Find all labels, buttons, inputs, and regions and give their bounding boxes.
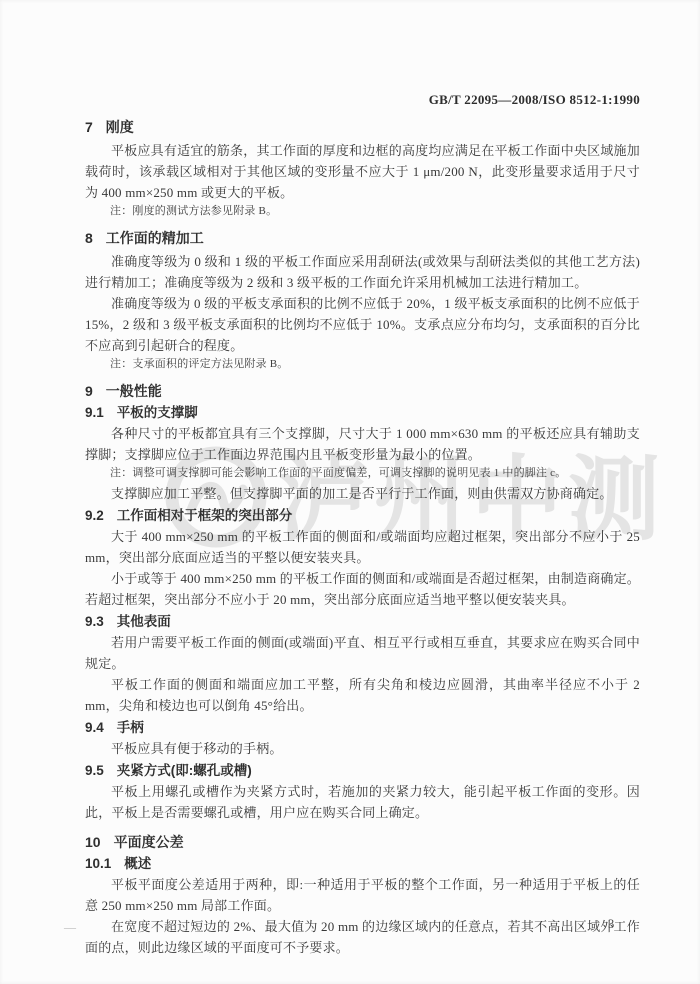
paragraph: 准确度等级为 0 级和 1 级的平板工作面应采用刮研法(或效果与刮研法类似的其他… (85, 251, 640, 293)
section-heading-7: 7刚度 (85, 118, 640, 136)
subsection-heading-9-4: 9.4手柄 (85, 719, 640, 737)
subsection-title: 概述 (124, 856, 151, 871)
standard-number: GB/T 22095—2008/ISO 8512-1:1990 (85, 92, 640, 108)
paragraph: 各种尺寸的平板都宜具有三个支撑脚，尺寸大于 1 000 mm×630 mm 的平… (85, 423, 640, 465)
subsection-heading-9-5: 9.5夹紧方式(即:螺孔或槽) (85, 762, 640, 780)
note: 注：刚度的测试方法参见附录 B。 (85, 204, 640, 219)
section-number: 7 (85, 119, 93, 135)
note: 注：调整可调支撑脚可能会影响工作面的平面度偏差，可调支撑脚的说明见表 1 中的脚… (85, 466, 640, 481)
subsection-title: 平板的支撑脚 (117, 405, 198, 420)
paragraph: 平板平面度公差适用于两种，即:一种适用于平板的整个工作面，另一种适用于平板上的任… (85, 874, 640, 916)
section-heading-10: 10平面度公差 (85, 833, 640, 851)
section-number: 10 (85, 834, 101, 850)
em-dash-marker: — (64, 917, 76, 938)
subsection-title: 夹紧方式(即:螺孔或槽) (117, 763, 252, 778)
subsection-number: 9.2 (85, 508, 104, 523)
scanned-standard-page: 泸州中测 GB/T 22095—2008/ISO 8512-1:1990 7刚度… (0, 0, 700, 984)
paragraph: 平板工作面的侧面和端面应加工平整，所有尖角和棱边应圆滑，其曲率半径应不小于 2 … (85, 674, 640, 716)
section-title: 平面度公差 (114, 834, 184, 850)
subsection-title: 工作面相对于框架的突出部分 (117, 508, 293, 523)
section-title: 刚度 (106, 119, 134, 135)
paragraph-text: 在宽度不超过短边的 2%、最大值为 20 mm 的边缘区域内的任意点，若其不高出… (85, 919, 640, 955)
subsection-number: 9.3 (85, 614, 104, 629)
section-title: 一般性能 (106, 383, 162, 399)
subsection-heading-9-2: 9.2工作面相对于框架的突出部分 (85, 507, 640, 525)
paragraph: 支撑脚应加工平整。但支撑脚平面的加工是否平行于工作面，则由供需双方协商确定。 (85, 483, 640, 504)
subsection-number: 9.4 (85, 720, 104, 735)
section-number: 9 (85, 383, 93, 399)
paragraph: 平板应具有适宜的筋条，其工作面的厚度和边框的高度均应满足在平板工作面中央区域施加… (85, 140, 640, 203)
subsection-heading-10-1: 10.1概述 (85, 855, 640, 873)
paragraph: 大于 400 mm×250 mm 的平板工作面的侧面和/或端面均应超过框架，突出… (85, 526, 640, 568)
subsection-title: 其他表面 (117, 614, 171, 629)
subsection-heading-9-3: 9.3其他表面 (85, 613, 640, 631)
paragraph: —在宽度不超过短边的 2%、最大值为 20 mm 的边缘区域内的任意点，若其不高… (85, 916, 640, 958)
paragraph: 若用户需要平板工作面的侧面(或端面)平直、相互平行或相互垂直，其要求应在购买合同… (85, 632, 640, 674)
paragraph: 平板上用螺孔或槽作为夹紧方式时，若施加的夹紧力较大，能引起平板工作面的变形。因此… (85, 781, 640, 823)
subsection-number: 9.5 (85, 763, 104, 778)
section-heading-9: 9一般性能 (85, 382, 640, 400)
page-number: 3 (608, 917, 614, 932)
section-title: 工作面的精加工 (106, 230, 204, 246)
note: 注：支承面积的评定方法见附录 B。 (85, 357, 640, 372)
subsection-number: 9.1 (85, 405, 104, 420)
paragraph: 小于或等于 400 mm×250 mm 的平板工作面的侧面和/或端面是否超过框架… (85, 568, 640, 610)
subsection-heading-9-1: 9.1平板的支撑脚 (85, 404, 640, 422)
section-number: 8 (85, 230, 93, 246)
paragraph: 平板应具有便于移动的手柄。 (85, 738, 640, 759)
subsection-title: 手柄 (117, 720, 144, 735)
subsection-number: 10.1 (85, 856, 111, 871)
paragraph: 准确度等级为 0 级的平板支承面积的比例不应低于 20%，1 级平板支承面积的比… (85, 293, 640, 356)
document-content: GB/T 22095—2008/ISO 8512-1:1990 7刚度 平板应具… (85, 92, 640, 958)
section-heading-8: 8工作面的精加工 (85, 229, 640, 247)
